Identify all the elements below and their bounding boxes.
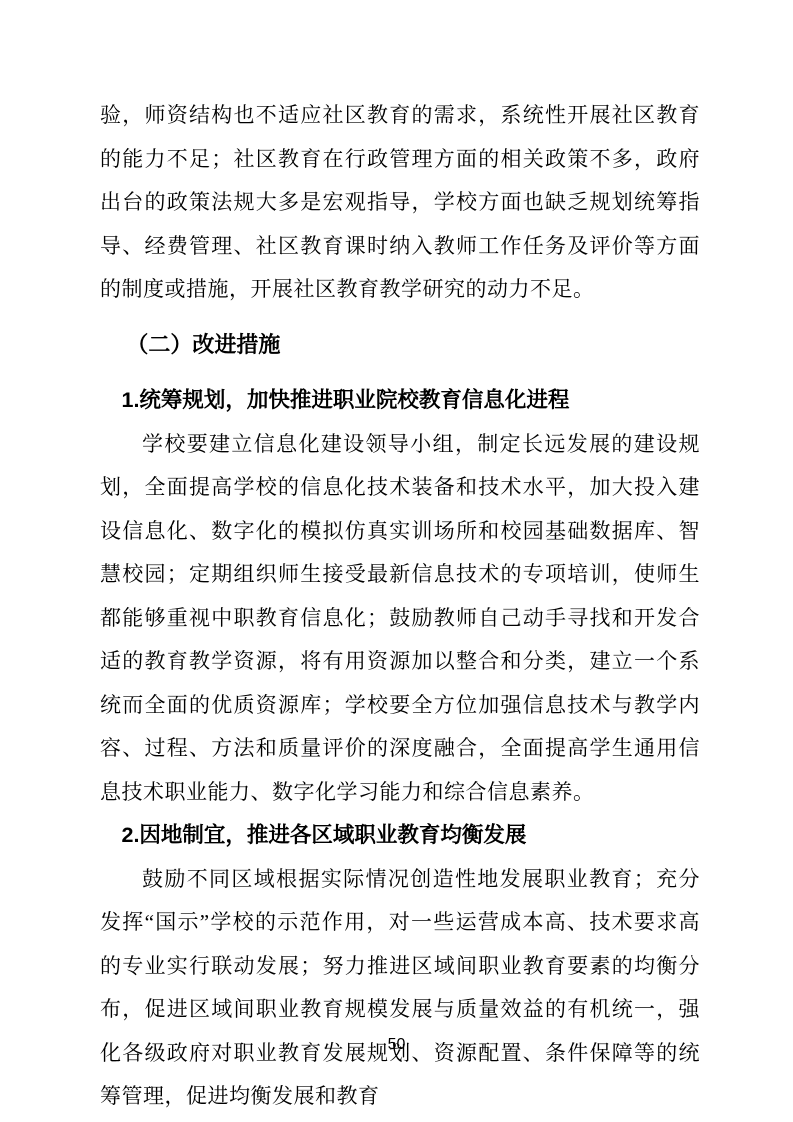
section-heading: （二）改进措施 <box>100 323 700 367</box>
subsection-2-heading: 2.因地制宜，推进各区域职业教育均衡发展 <box>100 814 700 858</box>
continuation-paragraph: 验，师资结构也不适应社区教育的需求，系统性开展社区教育的能力不足；社区教育在行政… <box>100 94 700 312</box>
document-page: 验，师资结构也不适应社区教育的需求，系统性开展社区教育的能力不足；社区教育在行政… <box>0 0 793 1122</box>
page-content: 验，师资结构也不适应社区教育的需求，系统性开展社区教育的能力不足；社区教育在行政… <box>100 94 700 1119</box>
subsection-1-heading: 1.统筹规划，加快推进职业院校教育信息化进程 <box>100 379 700 423</box>
page-number: 50 <box>0 1036 793 1054</box>
subsection-1-body: 学校要建立信息化建设领导小组，制定长远发展的建设规划，全面提高学校的信息化技术装… <box>100 423 700 815</box>
subsection-2-body: 鼓励不同区域根据实际情况创造性地发展职业教育；充分发挥“国示”学校的示范作用，对… <box>100 858 700 1119</box>
